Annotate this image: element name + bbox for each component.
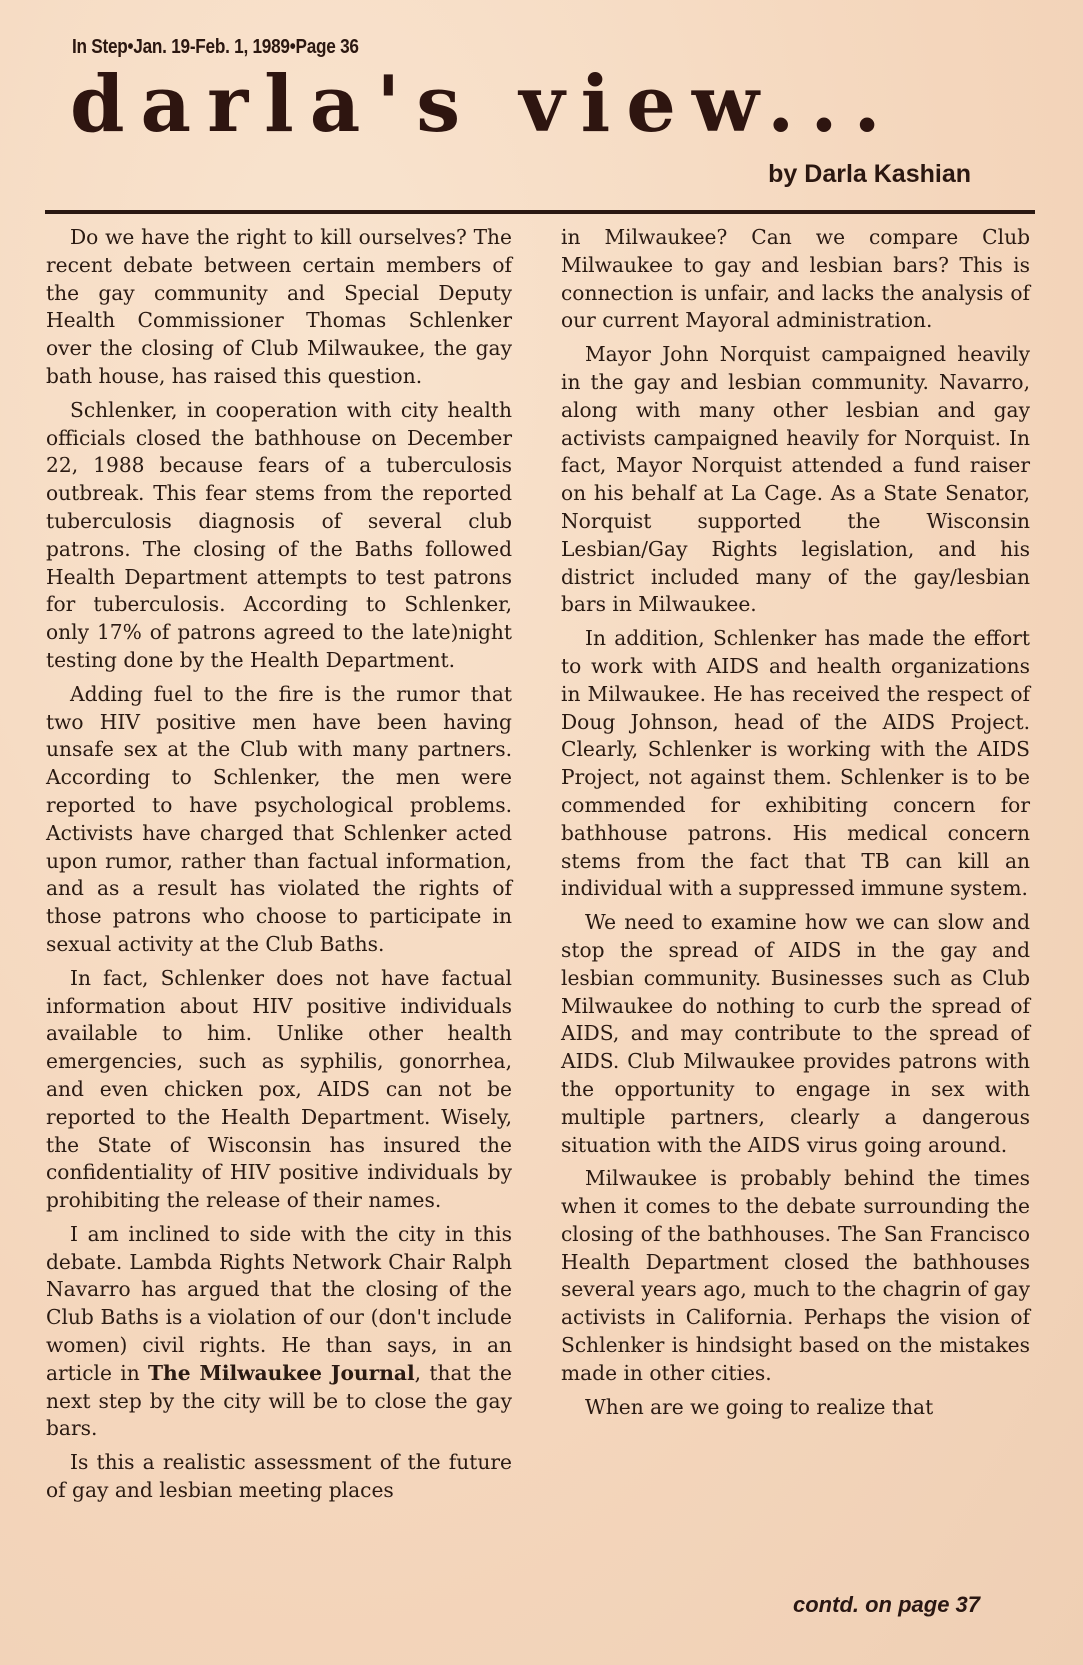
paragraph: Schlenker, in cooperation with city heal… [46, 397, 512, 675]
article-column-right: in Milwaukee? Can we compare Club Milwau… [561, 224, 1030, 1427]
author-byline: by Darla Kashian [768, 160, 971, 189]
continuation-note: contd. on page 37 [793, 1592, 980, 1618]
paragraph: In addition, Schlenker has made the effo… [561, 625, 1030, 903]
paragraph: When are we going to realize that [561, 1394, 1030, 1422]
paragraph: in Milwaukee? Can we compare Club Milwau… [561, 224, 1030, 335]
article-column-left: Do we have the right to kill ourselves? … [46, 224, 512, 1511]
paragraph: We need to examine how we can slow and s… [561, 909, 1030, 1159]
paragraph: Mayor John Norquist campaigned heavily i… [561, 341, 1030, 619]
publication-name: The Milwaukee Journal [148, 1361, 415, 1385]
paragraph: In fact, Schlenker does not have factual… [46, 965, 512, 1215]
paragraph: I am inclined to side with the city in t… [46, 1221, 512, 1443]
column-title: darla's view... [70, 66, 897, 144]
paragraph: Adding fuel to the fire is the rumor tha… [46, 681, 512, 959]
paragraph: Milwaukee is probably behind the times w… [561, 1165, 1030, 1387]
paragraph: Is this a realistic assessment of the fu… [46, 1449, 512, 1505]
paragraph: Do we have the right to kill ourselves? … [46, 224, 512, 391]
page-folio: In Step•Jan. 19-Feb. 1, 1989•Page 36 [72, 36, 359, 59]
header-divider [45, 210, 1035, 214]
